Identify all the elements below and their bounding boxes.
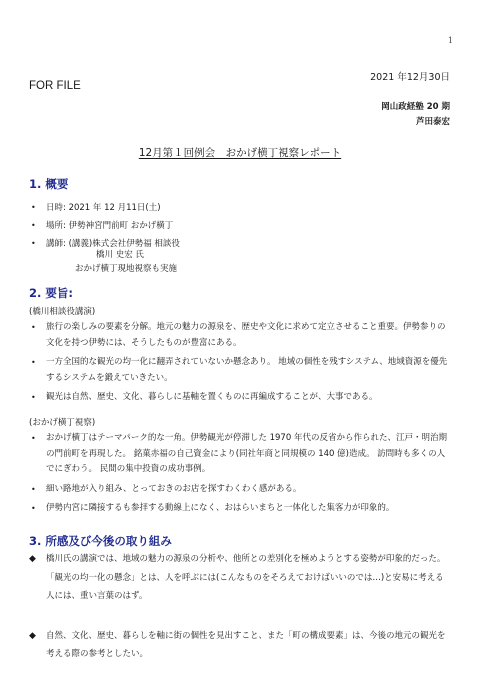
bullet-icon: • [31, 501, 36, 517]
list-item: •講師: (講義)株式会社伊勢福 相談役 [29, 235, 452, 253]
lecture-points-list: •旅行の楽しみの要素を分解。地元の魅力の源泉を、歴史や文化に求めて定立させること… [29, 320, 452, 410]
lecture-label: (橋川相談役講演) [29, 305, 95, 317]
section-heading-overview: 1. 概要 [29, 176, 68, 192]
impressions-list: ◆橋川氏の講演では、地域の魅力の源泉の分析や、他所との差別化を極めようとする姿勢… [29, 550, 452, 679]
for-file-label: FOR FILE [29, 80, 81, 92]
site-visit-label: (おかげ横丁視察) [29, 416, 95, 428]
list-item: •細い路地が入り組み、とっておきのお店を探すわくわく感がある。 [29, 482, 452, 498]
list-item: ◆橋川氏の講演では、地域の魅力の源泉の分析や、他所との差別化を極めようとする姿勢… [29, 550, 452, 606]
bullet-icon: • [31, 217, 36, 235]
list-item: ◆自然、文化、歴史、暮らしを軸に街の個性を見出すこと、また「町の構成要素」は、今… [29, 627, 452, 664]
report-title: 12月第１回例会 おかげ横丁視察レポート [0, 145, 480, 160]
list-item: •おかげ横丁はテーマパーク的な一角。伊勢観光が停滞した 1970 年代の反省から… [29, 431, 452, 478]
list-item: •場所: 伊勢神宮門前町 おかげ横丁 [29, 217, 452, 235]
list-item: •観光は自然、歴史、文化、暮らしに基軸を置くものに再編成することが、大事である。 [29, 390, 452, 406]
lecturer-name: 橋川 史宏 氏 [96, 248, 144, 260]
section-heading-summary: 2. 要旨: [29, 285, 73, 301]
document-date: 2021 年12月30日 [370, 69, 450, 83]
author: 芦田泰宏 [416, 115, 450, 127]
bullet-icon: • [31, 482, 36, 498]
overview-list: •日時: 2021 年 12 月11日(土) •場所: 伊勢神宮門前町 おかげ横… [29, 199, 452, 253]
list-item: •一方全国的な観光の均一化に翻弄されていないか懸念あり。 地域の個性を残すシステ… [29, 355, 452, 386]
list-item: •伊勢内宮に隣接するも参拝する動線上になく、おはらいまちと一体化した集客力が印象… [29, 501, 452, 517]
bullet-icon: • [31, 355, 36, 371]
diamond-bullet-icon: ◆ [29, 550, 36, 569]
list-item: •旅行の楽しみの要素を分解。地元の魅力の源泉を、歴史や文化に求めて定立させること… [29, 320, 452, 351]
list-item: •日時: 2021 年 12 月11日(土) [29, 199, 452, 217]
bullet-icon: • [31, 235, 36, 253]
bullet-icon: • [31, 199, 36, 217]
document-page: 1 2021 年12月30日 FOR FILE 岡山政経塾 20 期 芦田泰宏 … [0, 0, 480, 679]
site-visit-note: おかげ横丁現地視察も実施 [75, 262, 177, 274]
organization: 岡山政経塾 20 期 [381, 100, 450, 112]
section-heading-impressions: 3. 所感及び今後の取り組み [29, 533, 172, 549]
page-number: 1 [448, 36, 453, 45]
site-visit-points-list: •おかげ横丁はテーマパーク的な一角。伊勢観光が停滞した 1970 年代の反省から… [29, 431, 452, 521]
bullet-icon: • [31, 431, 36, 447]
bullet-icon: • [31, 320, 36, 336]
diamond-bullet-icon: ◆ [29, 627, 36, 646]
bullet-icon: • [31, 390, 36, 406]
